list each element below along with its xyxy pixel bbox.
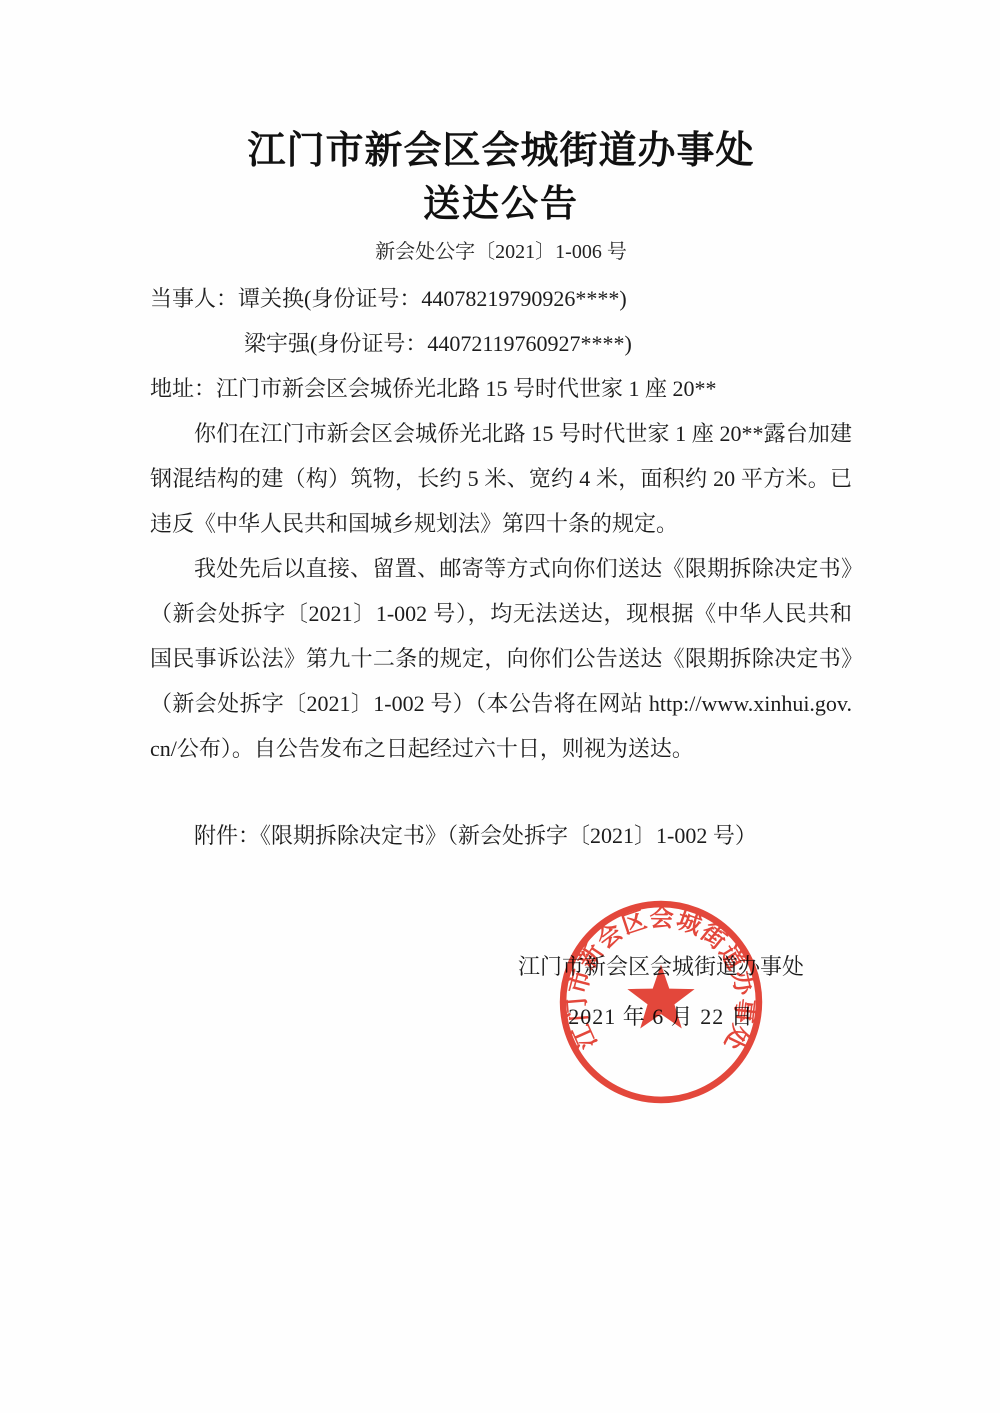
org-title: 江门市新会区会城街道办事处 [150, 126, 852, 176]
doc-number: 新会处公字〔2021〕1-006 号 [150, 238, 852, 266]
party-line-1: 当事人：谭关换(身份证号：44078219790926****) [150, 276, 852, 321]
signature-block: 江门市新会区会城街道办事处 2021 年 6 月 22 日 [500, 944, 822, 1039]
signature-date: 2021 年 6 月 22 日 [500, 994, 822, 1039]
doc-title: 送达公告 [150, 180, 852, 228]
paragraph-violation: 你们在江门市新会区会城侨光北路 15 号时代世家 1 座 20**露台加建钢混结… [150, 411, 852, 546]
document-body: 当事人：谭关换(身份证号：44078219790926****) 梁宇强(身份证… [150, 276, 852, 858]
attachment-line: 附件：《限期拆除决定书》（新会处拆字〔2021〕1-002 号） [150, 813, 852, 858]
document-page: 江门市新会区会城街道办事处 送达公告 新会处公字〔2021〕1-006 号 当事… [0, 0, 1000, 1413]
signature-org-name: 江门市新会区会城街道办事处 [500, 944, 822, 989]
address-line: 地址：江门市新会区会城侨光北路 15 号时代世家 1 座 20** [150, 366, 852, 411]
document-content: 江门市新会区会城街道办事处 送达公告 新会处公字〔2021〕1-006 号 当事… [150, 126, 852, 858]
party-line-2: 梁宇强(身份证号：44072119760927****) [244, 321, 852, 366]
paragraph-service-notice: 我处先后以直接、留置、邮寄等方式向你们送达《限期拆除决定书》（新会处拆字〔202… [150, 546, 852, 771]
